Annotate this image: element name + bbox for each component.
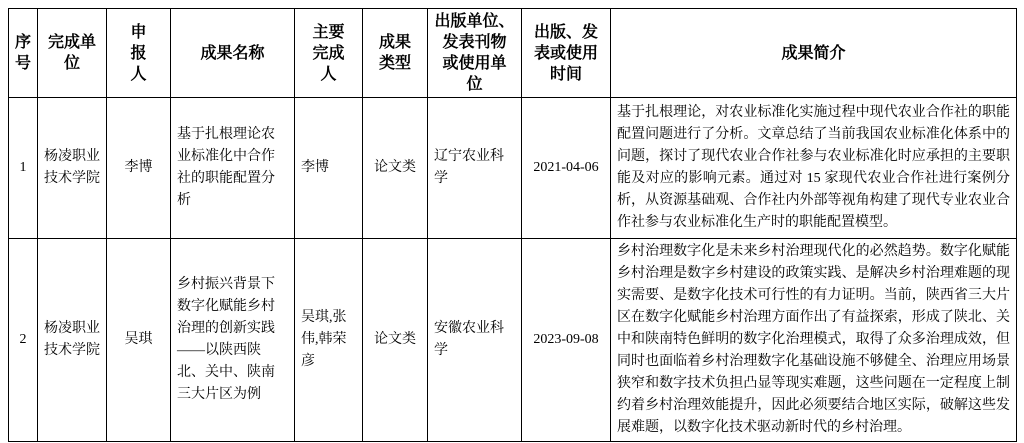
col-header-publisher: 出版单位、 发表刊物 或使用单 位 [428, 9, 522, 98]
cell-name: 乡村振兴背景下数字化赋能乡村治理的创新实践——以陕西陕北、关中、陕南三大片区为例 [171, 239, 295, 442]
cell-summary: 乡村治理数字化是未来乡村治理现代化的必然趋势。数字化赋能乡村治理是数字乡村建设的… [611, 239, 1017, 442]
col-header-seq: 序 号 [9, 9, 38, 98]
table-header-row: 序 号 完成单 位 申 报 人 成果名称 主要 完成 人 成果 类型 出版单位、… [9, 9, 1017, 98]
col-header-main-completers: 主要 完成 人 [295, 9, 363, 98]
col-header-summary: 成果简介 [611, 9, 1017, 98]
cell-applicant: 吴琪 [107, 239, 171, 442]
col-header-type: 成果 类型 [363, 9, 428, 98]
cell-main-completers: 吴琪,张伟,韩荣彦 [295, 239, 363, 442]
col-header-unit: 完成单 位 [38, 9, 107, 98]
achievements-table: 序 号 完成单 位 申 报 人 成果名称 主要 完成 人 成果 类型 出版单位、… [8, 8, 1017, 442]
cell-unit: 杨凌职业技术学院 [38, 98, 107, 239]
col-header-name: 成果名称 [171, 9, 295, 98]
cell-type: 论文类 [363, 98, 428, 239]
table-row: 2 杨凌职业技术学院 吴琪 乡村振兴背景下数字化赋能乡村治理的创新实践——以陕西… [9, 239, 1017, 442]
cell-publisher: 安徽农业科学 [428, 239, 522, 442]
cell-time: 2021-04-06 [522, 98, 611, 239]
cell-unit: 杨凌职业技术学院 [38, 239, 107, 442]
cell-applicant: 李博 [107, 98, 171, 239]
cell-seq: 1 [9, 98, 38, 239]
cell-name: 基于扎根理论农业标准化中合作社的职能配置分析 [171, 98, 295, 239]
col-header-applicant: 申 报 人 [107, 9, 171, 98]
cell-summary: 基于扎根理论，对农业标准化实施过程中现代农业合作社的职能配置问题进行了分析。文章… [611, 98, 1017, 239]
cell-seq: 2 [9, 239, 38, 442]
cell-type: 论文类 [363, 239, 428, 442]
col-header-time: 出版、发 表或使用 时间 [522, 9, 611, 98]
cell-time: 2023-09-08 [522, 239, 611, 442]
cell-publisher: 辽宁农业科学 [428, 98, 522, 239]
cell-main-completers: 李博 [295, 98, 363, 239]
table-row: 1 杨凌职业技术学院 李博 基于扎根理论农业标准化中合作社的职能配置分析 李博 … [9, 98, 1017, 239]
